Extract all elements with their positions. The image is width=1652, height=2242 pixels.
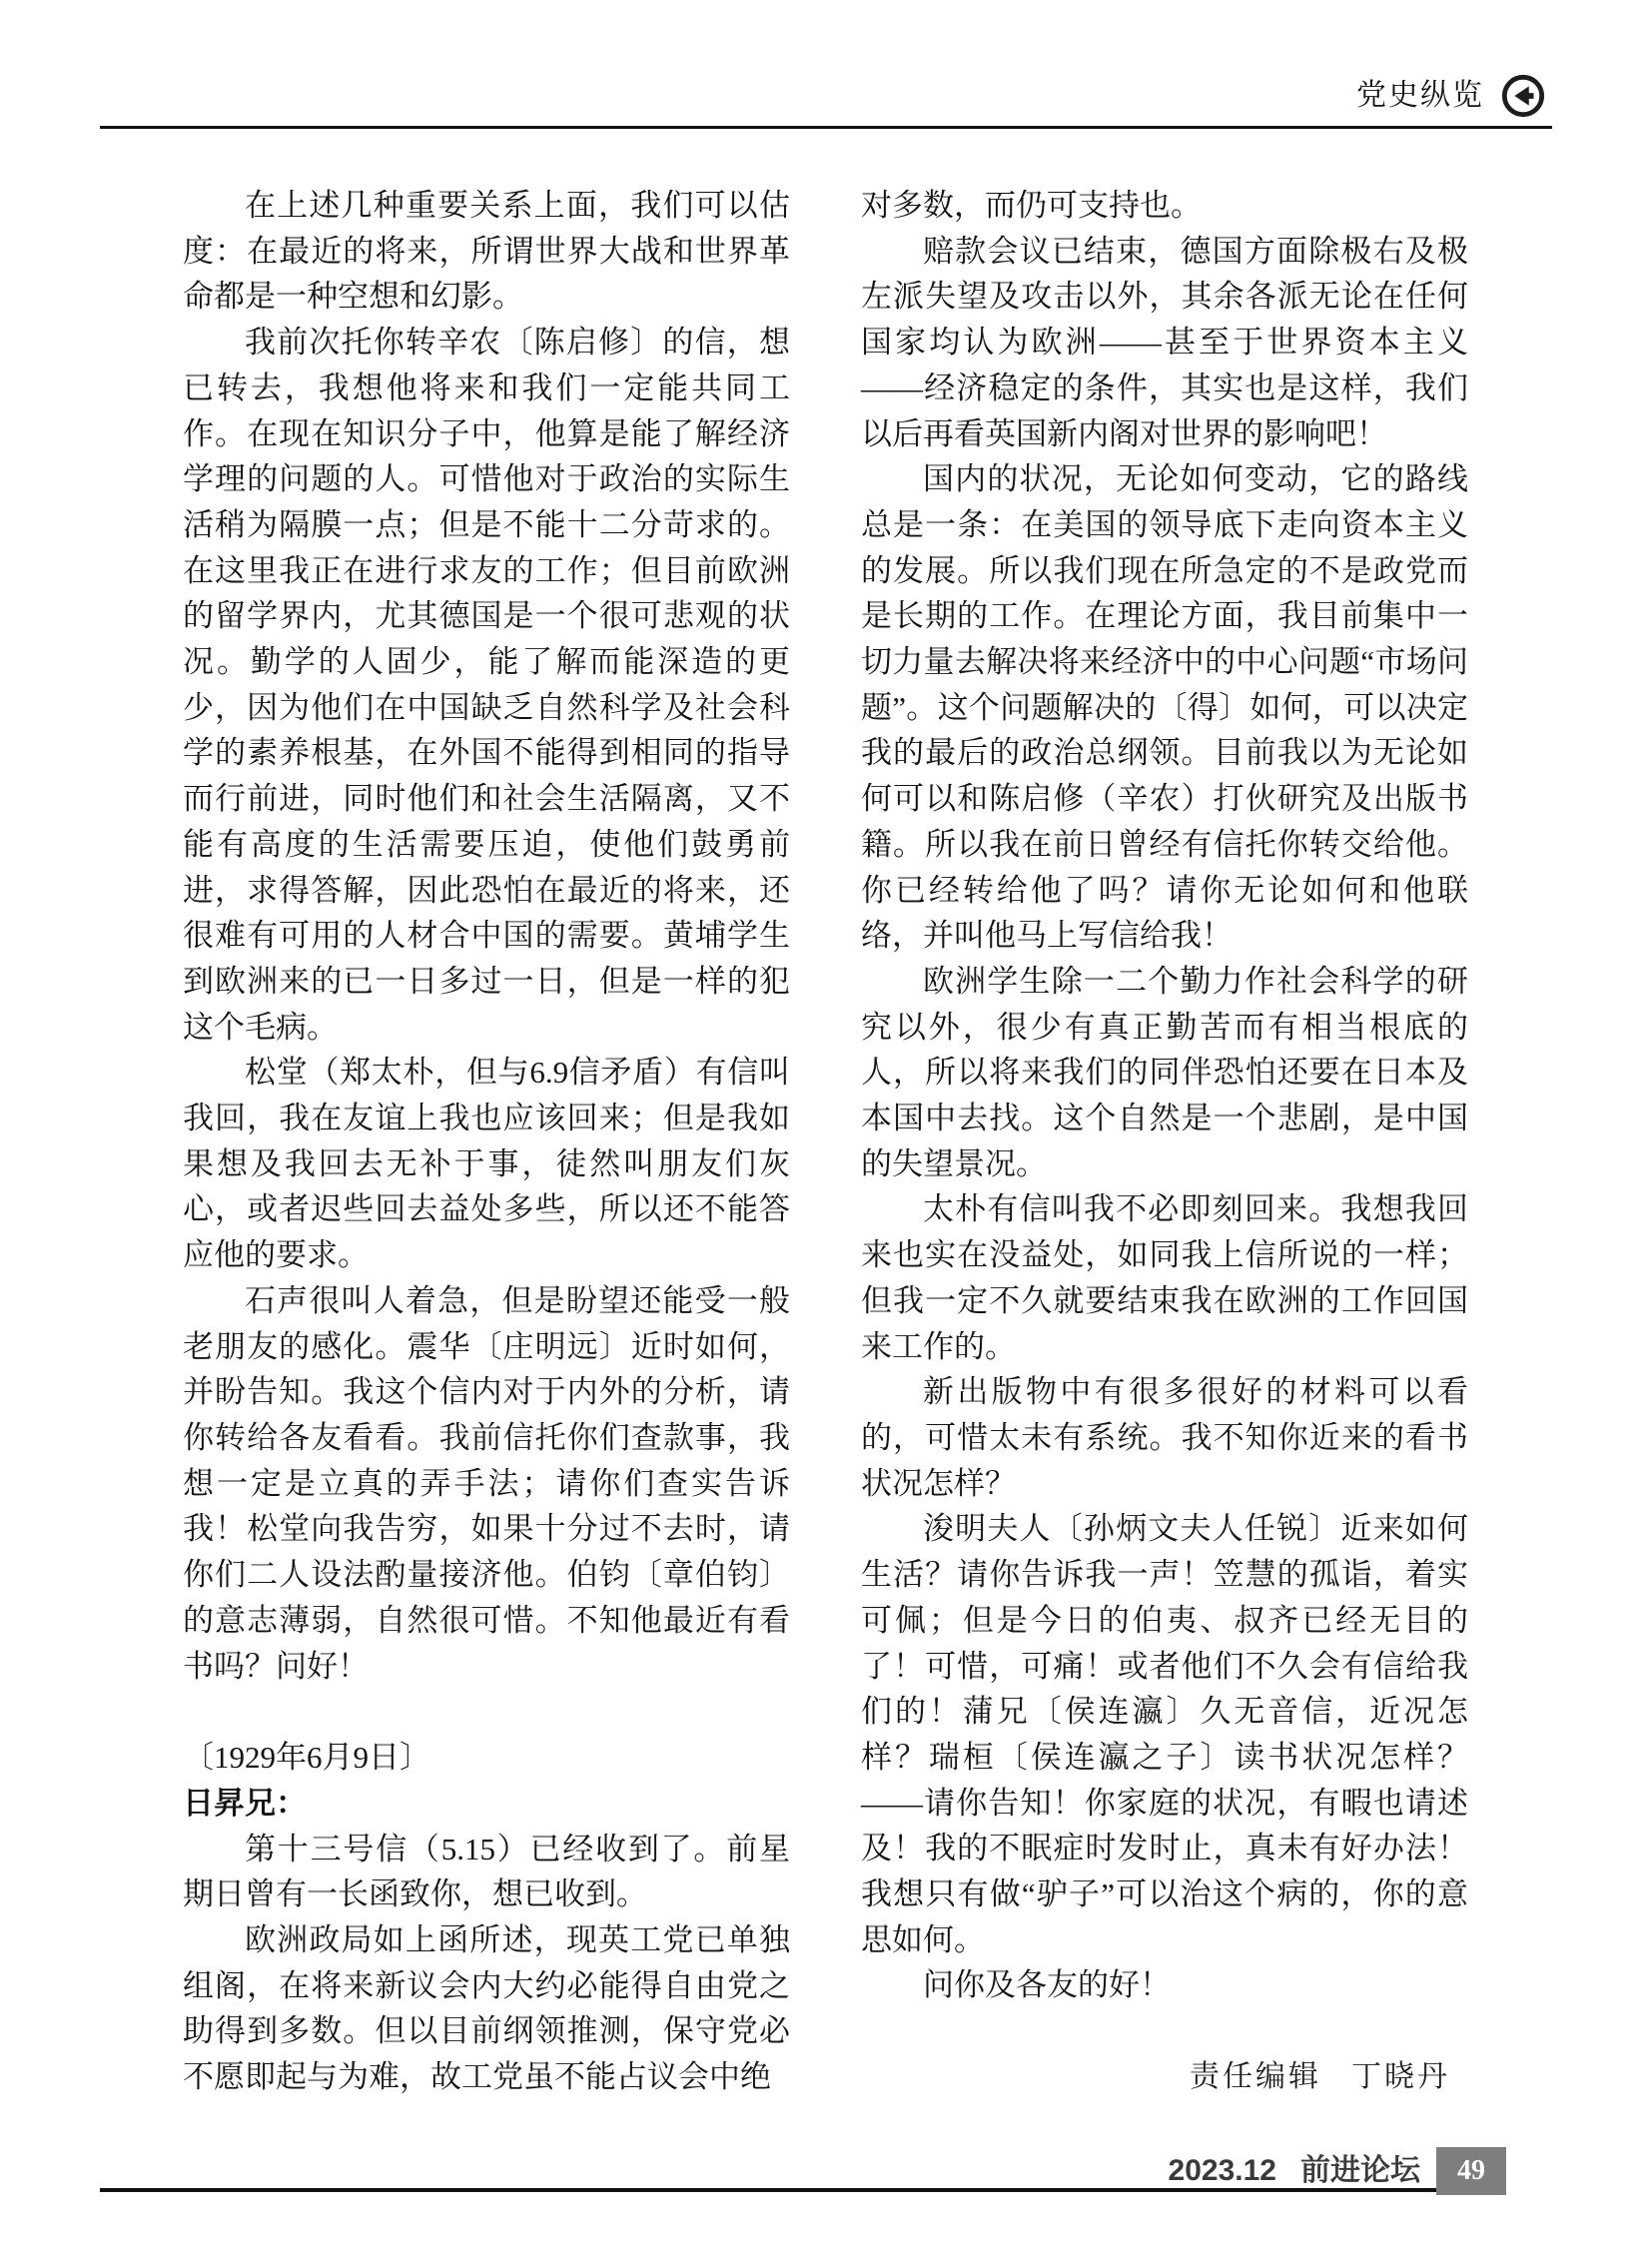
paragraph: 新出版物中有很多很好的材料可以看的，可惜太未有系统。我不知你近来的看书状况怎样？ — [861, 1369, 1468, 1506]
paragraph: 国内的状况，无论如何变动，它的路线总是一条：在美国的领导底下走向资本主义的发展。… — [861, 456, 1468, 959]
paragraph: 问你及各友的好！ — [861, 1962, 1468, 2008]
circle-arrow-left-icon — [1500, 73, 1546, 119]
section-title: 党史纵览 — [1356, 72, 1484, 120]
paragraph: 太朴有信叫我不必即刻回来。我想我回来也实在没益处，如同我上信所说的一样；但我一定… — [861, 1186, 1468, 1369]
paragraph: 欧洲学生除一二个勤力作社会科学的研究以外，很少有真正勤苦而有相当根底的人，所以将… — [861, 959, 1468, 1187]
paragraph: 浚明夫人〔孙炳文夫人任锐〕近来如何生活？请你告诉我一声！笠慧的孤诣，着实可佩；但… — [861, 1506, 1468, 1962]
paragraph: 石声很叫人着急，但是盼望还能受一般老朋友的感化。震华〔庄明远〕近时如何，并盼告知… — [183, 1278, 790, 1689]
letter-salutation: 日昇兄： — [183, 1781, 790, 1827]
editor-credit: 责任编辑丁晓丹 — [861, 2054, 1468, 2100]
letter-date: 〔1929年6月9日〕 — [183, 1735, 790, 1781]
page-number: 49 — [1457, 2155, 1485, 2187]
editor-label: 责任编辑 — [1190, 2060, 1321, 2093]
header-rule — [100, 126, 1552, 129]
footer-rule — [100, 2188, 1446, 2192]
magazine-page: 党史纵览 在上述几种重要关系上面，我们可以估度：在最近的将来，所谓世界大战和世界… — [0, 0, 1652, 2242]
paragraph: 松堂（郑太朴，但与6.9信矛盾）有信叫我回，我在友谊上我也应该回来；但是我如果想… — [183, 1050, 790, 1278]
paragraph: 赔款会议已结束，德国方面除极右及极左派失望及攻击以外，其余各派无论在任何国家均认… — [861, 229, 1468, 457]
paragraph: 在上述几种重要关系上面，我们可以估度：在最近的将来，所谓世界大战和世界革命都是一… — [183, 183, 790, 320]
editor-name: 丁晓丹 — [1351, 2060, 1450, 2093]
right-column: 对多数，而仍可支持也。 赔款会议已结束，德国方面除极右及极左派失望及攻击以外，其… — [861, 183, 1468, 2100]
paragraph: 第十三号信（5.15）已经收到了。前星期日曾有一长函致你，想已收到。 — [183, 1827, 790, 1917]
page-header: 党史纵览 — [1356, 72, 1546, 120]
paragraph: 对多数，而仍可支持也。 — [861, 183, 1468, 229]
page-number-badge: 49 — [1436, 2147, 1506, 2195]
left-column: 在上述几种重要关系上面，我们可以估度：在最近的将来，所谓世界大战和世界革命都是一… — [183, 183, 790, 2100]
paragraph: 我前次托你转辛农〔陈启修〕的信，想已转去，我想他将来和我们一定能共同工作。在现在… — [183, 320, 790, 1050]
paragraph: 欧洲政局如上函所述，现英工党已单独组阁，在将来新议会内大约必能得自由党之助得到多… — [183, 1917, 790, 2100]
